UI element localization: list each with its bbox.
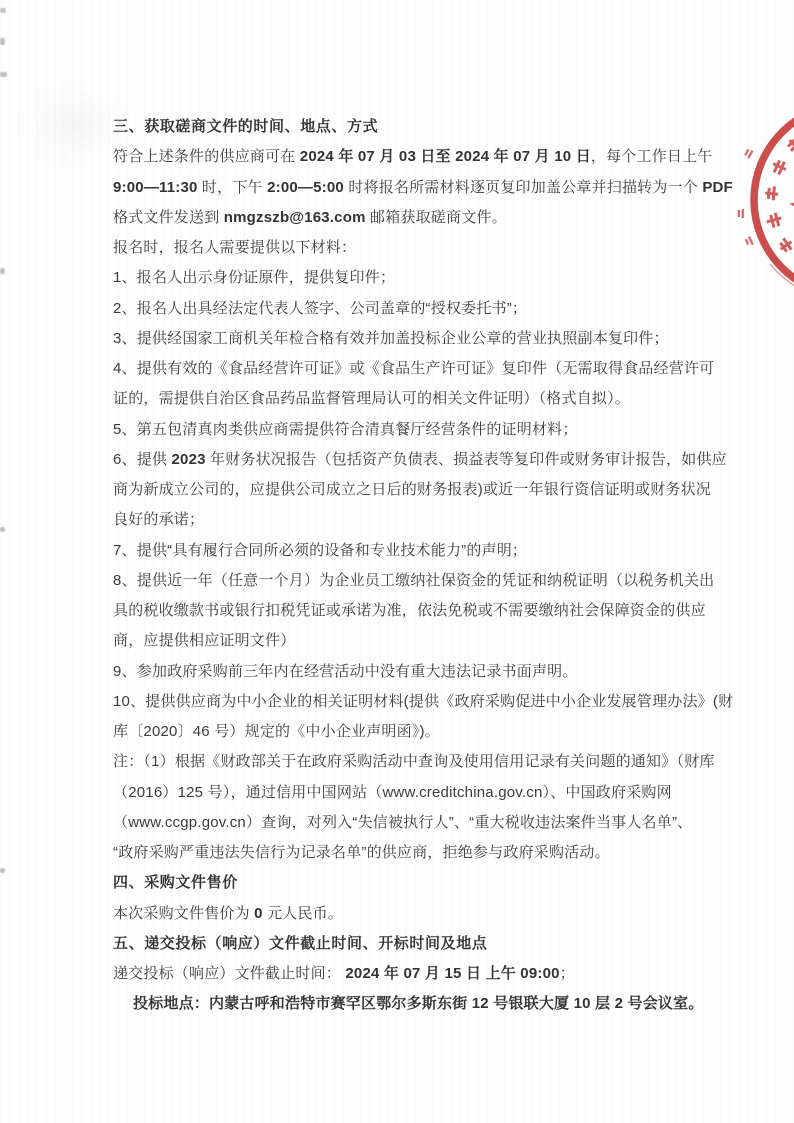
text-segment: 年财务状况报告（包括资产负债表、损益表等复印件或财务审计报告，如供应 (206, 451, 727, 468)
document-line: 10、提供供应商为中小企业的相关证明材料(提供《政府采购促进中小企业发展管理办法… (113, 687, 713, 717)
text-segment: 5、第五包清真肉类供应商需提供符合清真餐厅经营条件的证明材料； (113, 421, 578, 438)
document-line: 格式文件发送到 nmgzszb@163.com 邮箱获取磋商文件。 (113, 203, 713, 233)
scan-artifact (0, 868, 5, 873)
scan-artifact (0, 527, 5, 532)
seal-character-marks (765, 110, 794, 274)
document-line: 库〔2020〕46 号）规定的《中小企业声明函》)。 (113, 717, 713, 747)
text-segment: 时，下午 (198, 179, 268, 196)
text-segment: 9:00—11:30 (113, 179, 198, 196)
text-segment: 3、提供经国家工商机关年检合格有效并加盖投标企业公章的营业执照副本复印件； (113, 330, 669, 347)
scan-artifact (0, 8, 6, 13)
document-line: 3、提供经国家工商机关年检合格有效并加盖投标企业公章的营业执照副本复印件； (113, 324, 713, 354)
seal-stray-marks (738, 148, 754, 247)
text-segment: 6、提供 (113, 451, 172, 468)
text-segment: nmgzszb@163.com (224, 209, 366, 226)
document-line: 符合上述条件的供应商可在 2024 年 07 月 03 日至 2024 年 07… (113, 142, 713, 172)
document-line: 商为新成立公司的，应提供公司成立之日后的财务报表)或近一年银行资信证明或财务状况 (113, 475, 713, 505)
text-segment: 库〔2020〕46 号）规定的《中小企业声明函》)。 (113, 723, 440, 740)
document-line: 2、报名人出具经法定代表人签字、公司盖章的“授权委托书”； (113, 294, 713, 324)
document-line: “政府采购严重违法失信行为记录名单”的供应商，拒绝参与政府采购活动。 (113, 838, 713, 868)
text-segment: 元人民币。 (263, 905, 343, 922)
scan-artifact (0, 72, 7, 77)
text-segment: 格式文件发送到 (113, 209, 224, 226)
document-line: 良好的承诺； (113, 505, 713, 535)
text-segment: 五、递交投标（响应）文件截止时间、开标时间及地点 (113, 935, 487, 952)
text-segment: 邮箱获取磋商文件。 (366, 209, 507, 226)
official-red-seal (714, 88, 794, 312)
text-segment: “政府采购严重违法失信行为记录名单”的供应商，拒绝参与政府采购活动。 (113, 844, 610, 861)
text-segment: 2023 (172, 451, 206, 468)
document-line: 商，应提供相应证明文件） (113, 626, 713, 656)
document-page: 三、获取磋商文件的时间、地点、方式符合上述条件的供应商可在 2024 年 07 … (0, 0, 794, 1123)
document-line: 6、提供 2023 年财务状况报告（包括资产负债表、损益表等复印件或财务审计报告… (113, 445, 713, 475)
document-line: （www.ccgp.gov.cn）查询，对列入“失信被执行人”、“重大税收违法案… (113, 808, 713, 838)
document-line: 报名时，报名人需要提供以下材料： (113, 233, 713, 263)
document-line: 投标地点：内蒙古呼和浩特市赛罕区鄂尔多斯东街 12 号银联大厦 10 层 2 号… (113, 989, 713, 1019)
text-segment: 2024 年 07 月 03 日至 2024 年 07 月 10 日 (300, 148, 591, 165)
document-line: 递交投标（响应）文件截止时间： 2024 年 07 月 15 日 上午 09:0… (113, 959, 713, 989)
document-line: 注：（1）根据《财政部关于在政府采购活动中查询及使用信用记录有关问题的通知》（财… (113, 747, 713, 777)
scan-artifact (0, 38, 5, 45)
text-segment: 具的税收缴款书或银行扣税凭证或承诺为准，依法免税或不需要缴纳社会保障资金的供应 (113, 602, 706, 619)
document-line: 7、提供“具有履行合同所必须的设备和专业技术能力”的声明； (113, 536, 713, 566)
seal-star-icon (789, 142, 794, 275)
text-segment: 4、提供有效的《食品经营许可证》或《食品生产许可证》复印件（无需取得食品经营许可 (113, 360, 714, 377)
text-segment: 时将报名所需材料逐页复印加盖公章并扫描转为一个 (344, 179, 702, 196)
document-line: 5、第五包清真肉类供应商需提供符合清真餐厅经营条件的证明材料； (113, 415, 713, 445)
text-segment: 1、报名人出示身份证原件，提供复印件； (113, 269, 395, 286)
text-segment: 递交投标（响应）文件截止时间： (113, 965, 345, 982)
text-segment: （www.ccgp.gov.cn）查询，对列入“失信被执行人”、“重大税收违法案… (113, 814, 692, 831)
text-segment: 注：（1）根据《财政部关于在政府采购活动中查询及使用信用记录有关问题的通知》（财… (113, 753, 715, 770)
document-line: 9、参加政府采购前三年内在经营活动中没有重大违法记录书面声明。 (113, 657, 713, 687)
document-line: 8、提供近一年（任意一个月）为企业员工缴纳社保资金的凭证和纳税证明（以税务机关出 (113, 566, 713, 596)
seal-graphic (714, 88, 794, 312)
text-segment: PDF (702, 179, 733, 196)
section-heading: 三、获取磋商文件的时间、地点、方式 (113, 112, 713, 142)
text-segment: 2、报名人出具经法定代表人签字、公司盖章的“授权委托书”； (113, 300, 527, 317)
text-segment: 8、提供近一年（任意一个月）为企业员工缴纳社保资金的凭证和纳税证明（以税务机关出 (113, 572, 714, 589)
scan-artifact (0, 268, 5, 274)
document-line: 本次采购文件售价为 0 元人民币。 (113, 899, 713, 929)
text-segment: 2024 年 07 月 15 日 上午 09:00 (345, 965, 559, 982)
text-segment: 报名时，报名人需要提供以下材料： (113, 239, 356, 256)
text-segment: ，每个工作日上午 (591, 148, 713, 165)
text-segment: 7、提供“具有履行合同所必须的设备和专业技术能力”的声明； (113, 542, 527, 559)
document-line: 1、报名人出示身份证原件，提供复印件； (113, 263, 713, 293)
text-segment: 商为新成立公司的，应提供公司成立之日后的财务报表)或近一年银行资信证明或财务状况 (113, 481, 711, 498)
document-line: 证的，需提供自治区食品药品监督管理局认可的相关文件证明）（格式自拟）。 (113, 384, 713, 414)
text-segment: （2016）125 号），通过信用中国网站（www.creditchina.go… (113, 784, 672, 801)
text-segment: 10、提供供应商为中小企业的相关证明材料(提供《政府采购促进中小企业发展管理办法… (113, 693, 733, 710)
section-heading: 四、采购文件售价 (113, 868, 713, 898)
text-segment: 商，应提供相应证明文件） (113, 632, 295, 649)
document-line: 9:00—11:30 时，下午 2:00—5:00 时将报名所需材料逐页复印加盖… (113, 173, 713, 203)
section-heading: 五、递交投标（响应）文件截止时间、开标时间及地点 (113, 929, 713, 959)
document-line: （2016）125 号），通过信用中国网站（www.creditchina.go… (113, 778, 713, 808)
text-segment: 三、获取磋商文件的时间、地点、方式 (113, 118, 378, 135)
text-segment: 证的，需提供自治区食品药品监督管理局认可的相关文件证明）（格式自拟）。 (113, 390, 630, 407)
document-line: 具的税收缴款书或银行扣税凭证或承诺为准，依法免税或不需要缴纳社会保障资金的供应 (113, 596, 713, 626)
text-segment: ； (560, 965, 575, 982)
document-body: 三、获取磋商文件的时间、地点、方式符合上述条件的供应商可在 2024 年 07 … (113, 112, 713, 1020)
text-segment: 2:00—5:00 (267, 179, 344, 196)
text-segment: 本次采购文件售价为 (113, 905, 254, 922)
text-segment: 9、参加政府采购前三年内在经营活动中没有重大违法记录书面声明。 (113, 663, 578, 680)
text-segment: 符合上述条件的供应商可在 (113, 148, 300, 165)
text-segment: 良好的承诺； (113, 511, 204, 528)
text-segment: 投标地点：内蒙古呼和浩特市赛罕区鄂尔多斯东街 12 号银联大厦 10 层 2 号… (133, 995, 704, 1012)
document-line: 4、提供有效的《食品经营许可证》或《食品生产许可证》复印件（无需取得食品经营许可 (113, 354, 713, 384)
text-segment: 四、采购文件售价 (113, 874, 238, 891)
text-segment: 0 (254, 905, 263, 922)
